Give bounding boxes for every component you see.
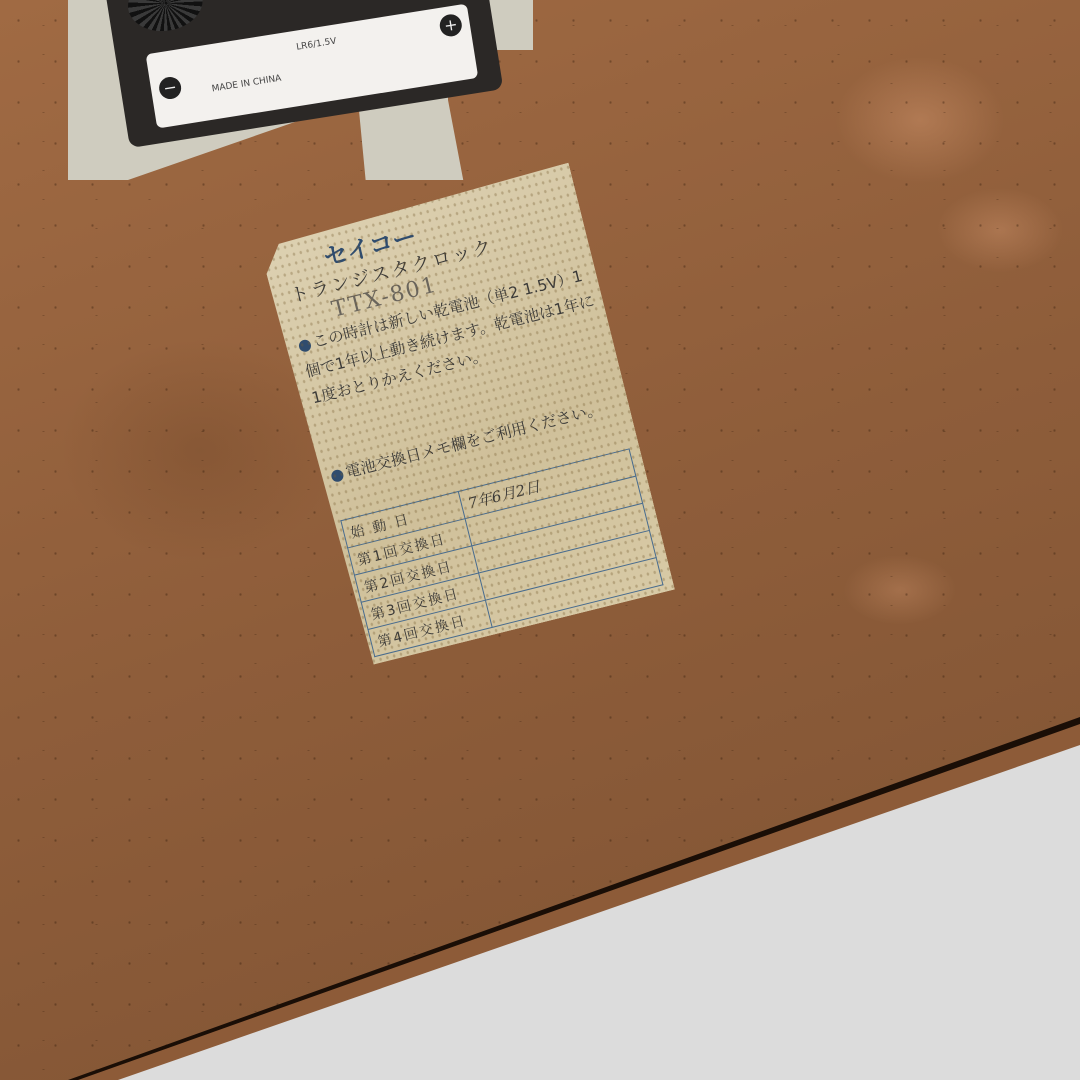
log-value xyxy=(479,530,657,600)
log-value xyxy=(472,503,650,573)
log-key: 第1回交換日 xyxy=(348,519,472,575)
log-key: 第2回交換日 xyxy=(354,546,478,602)
bullet-icon xyxy=(330,468,345,483)
bullet-icon xyxy=(298,338,313,353)
log-value: 7年6月2日 xyxy=(458,449,636,519)
log-row: 第2回交換日 xyxy=(354,503,649,602)
model-number: TTX-801 xyxy=(329,272,440,322)
adjustment-wheel[interactable] xyxy=(124,0,207,36)
battery-minus-terminal-icon: − xyxy=(158,75,183,100)
product-type: トランジスタクロック xyxy=(287,232,496,309)
log-row: 始 動 日7年6月2日 xyxy=(341,449,636,548)
instructions-battery-life: この時計は新しい乾電池（単2 1.5V）1個で1年以上動き続けます。乾電池は1年… xyxy=(296,261,607,412)
log-value xyxy=(465,476,643,546)
log-key: 第3回交換日 xyxy=(361,573,485,629)
battery-type: LR6/1.5V xyxy=(296,36,338,52)
log-key: 始 動 日 xyxy=(341,492,465,548)
log-row: 第1回交換日 xyxy=(348,476,643,575)
battery-plus-terminal-icon: + xyxy=(438,13,463,38)
instructions-memo: 電池交換日メモ欄をご利用ください。 xyxy=(328,391,626,490)
paragraph-text: 電池交換日メモ欄をご利用ください。 xyxy=(344,400,604,481)
paragraph-text: この時計は新しい乾電池（単2 1.5V）1個で1年以上動き続けます。乾電池は1年… xyxy=(303,267,596,407)
battery-origin: MADE IN CHINA xyxy=(211,74,282,95)
